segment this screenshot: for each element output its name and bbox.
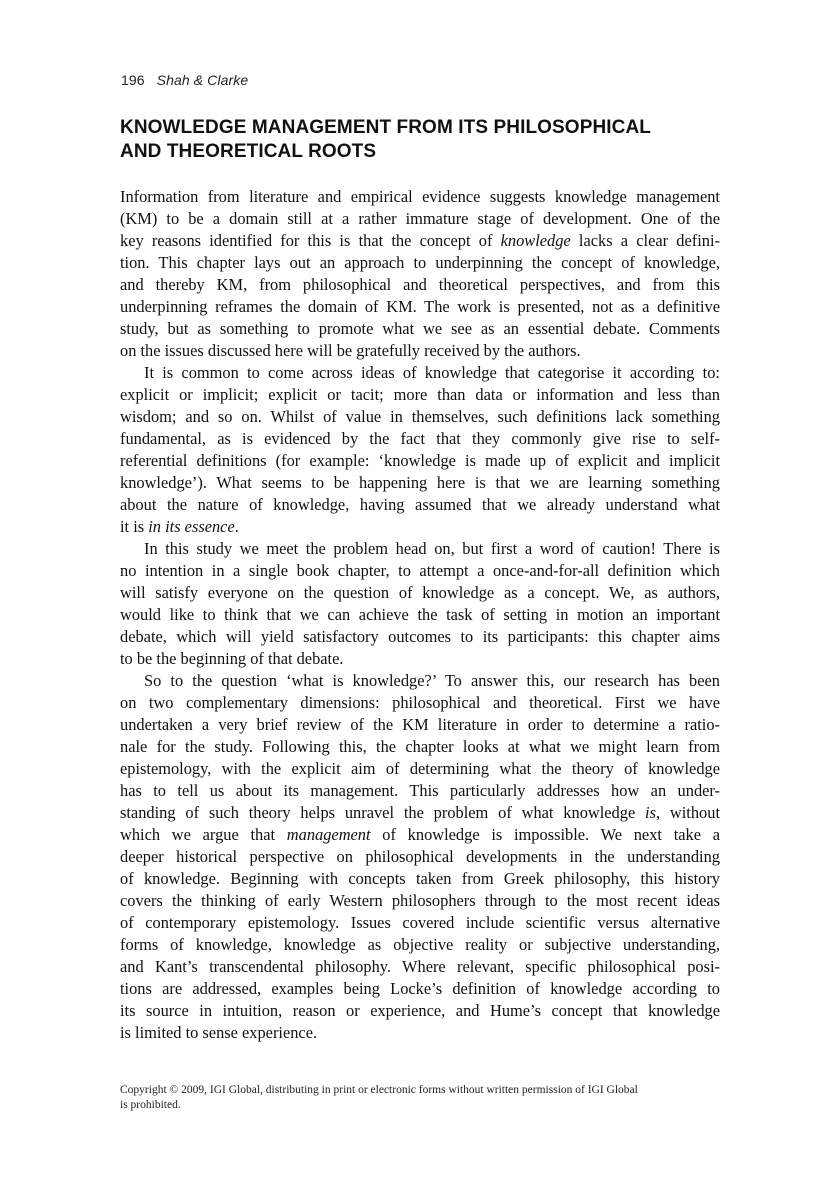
emphasis: is (645, 803, 656, 822)
text-line: standing of such theory helps unravel th… (120, 802, 720, 824)
text-line: It is common to come across ideas of kno… (120, 362, 720, 384)
text-line: So to the question ‘what is knowledge?’ … (120, 670, 720, 692)
text-line: on two complementary dimensions: philoso… (120, 692, 720, 714)
running-head: 196 Shah & Clarke (121, 72, 248, 88)
chapter-title: KNOWLEDGE MANAGEMENT FROM ITS PHILOSOPHI… (120, 116, 760, 164)
text-line: fundamental, as is evidenced by the fact… (120, 428, 720, 450)
text-line: underpinning reframes the domain of KM. … (120, 296, 720, 318)
text-line: covers the thinking of early Western phi… (120, 890, 720, 912)
text-line: to be the beginning of that debate. (120, 648, 720, 670)
text-line: of contemporary epistemology. Issues cov… (120, 912, 720, 934)
chapter-title-line-1: KNOWLEDGE MANAGEMENT FROM ITS PHILOSOPHI… (120, 116, 760, 140)
paragraph: It is common to come across ideas of kno… (120, 362, 720, 538)
text-line: forms of knowledge, knowledge as objecti… (120, 934, 720, 956)
text-line: which we argue that management of knowle… (120, 824, 720, 846)
text-line: key reasons identified for this is that … (120, 230, 720, 252)
text-line: is limited to sense experience. (120, 1022, 720, 1044)
text-line: study, but as something to promote what … (120, 318, 720, 340)
running-head-authors: Shah & Clarke (157, 72, 249, 88)
text-line: (KM) to be a domain still at a rather im… (120, 208, 720, 230)
text-line: tions are addressed, examples being Lock… (120, 978, 720, 1000)
page-number: 196 (121, 72, 145, 88)
text-line: undertaken a very brief review of the KM… (120, 714, 720, 736)
body-text: Information from literature and empirica… (120, 186, 720, 1044)
text-line: Information from literature and empirica… (120, 186, 720, 208)
emphasis: in its essence (148, 517, 234, 536)
text-line: of knowledge. Beginning with concepts ta… (120, 868, 720, 890)
text-line: nale for the study. Following this, the … (120, 736, 720, 758)
copyright-notice: Copyright © 2009, IGI Global, distributi… (120, 1083, 730, 1113)
text-line: it is in its essence. (120, 516, 720, 538)
paragraph: In this study we meet the problem head o… (120, 538, 720, 670)
text-line: would like to think that we can achieve … (120, 604, 720, 626)
text-line: has to tell us about its management. Thi… (120, 780, 720, 802)
text-line: and thereby KM, from philosophical and t… (120, 274, 720, 296)
emphasis: knowledge (501, 231, 571, 250)
text-line: no intention in a single book chapter, t… (120, 560, 720, 582)
text-line: tion. This chapter lays out an approach … (120, 252, 720, 274)
text-line: will satisfy everyone on the question of… (120, 582, 720, 604)
paragraph: So to the question ‘what is knowledge?’ … (120, 670, 720, 1044)
text-line: and Kant’s transcendental philosophy. Wh… (120, 956, 720, 978)
text-line: referential definitions (for example: ‘k… (120, 450, 720, 472)
text-line: deeper historical perspective on philoso… (120, 846, 720, 868)
copyright-line-2: is prohibited. (120, 1098, 730, 1113)
text-line: wisdom; and so on. Whilst of value in th… (120, 406, 720, 428)
text-line: knowledge’). What seems to be happening … (120, 472, 720, 494)
emphasis: management (287, 825, 371, 844)
chapter-title-line-2: AND THEORETICAL ROOTS (120, 140, 760, 164)
text-line: on the issues discussed here will be gra… (120, 340, 720, 362)
text-line: about the nature of knowledge, having as… (120, 494, 720, 516)
paragraph: Information from literature and empirica… (120, 186, 720, 362)
text-line: its source in intuition, reason or exper… (120, 1000, 720, 1022)
text-line: In this study we meet the problem head o… (120, 538, 720, 560)
text-line: epistemology, with the explicit aim of d… (120, 758, 720, 780)
text-line: explicit or implicit; explicit or tacit;… (120, 384, 720, 406)
text-line: debate, which will yield satisfactory ou… (120, 626, 720, 648)
copyright-line-1: Copyright © 2009, IGI Global, distributi… (120, 1083, 730, 1098)
